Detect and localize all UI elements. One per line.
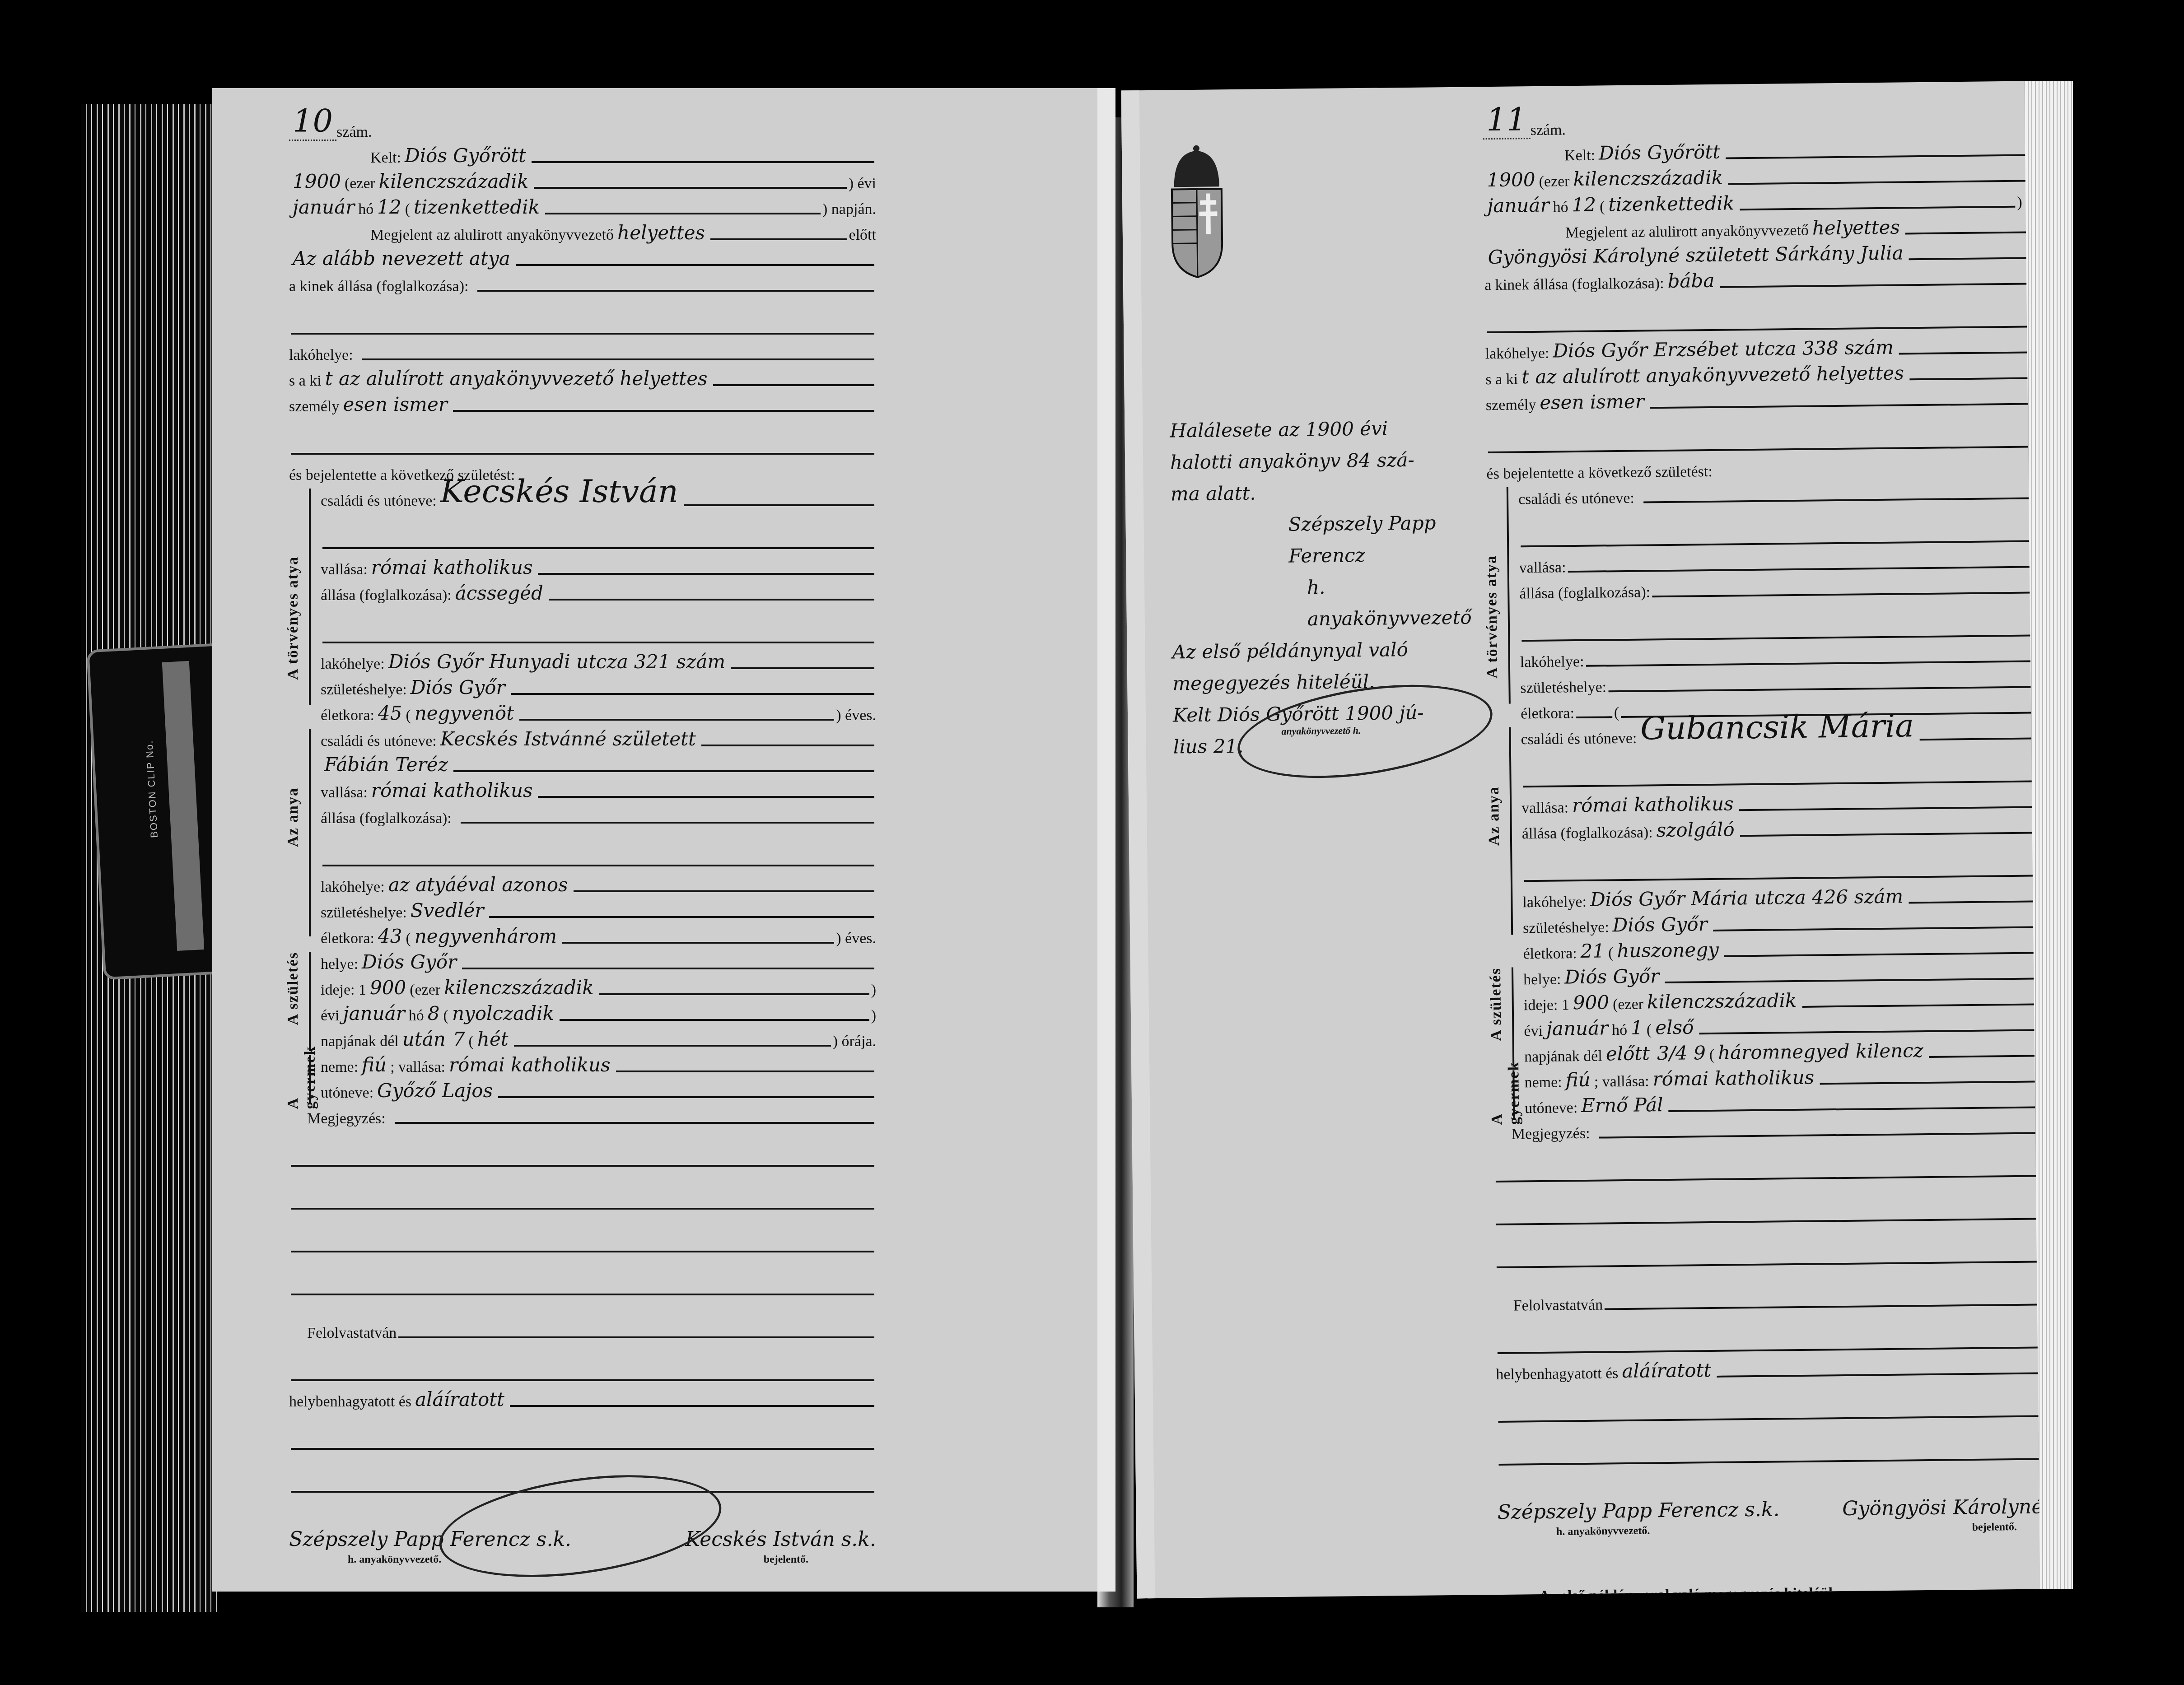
child-section: A gyermek neme:fiú; vallása:római kathol… [1493,1060,2040,1117]
informant-signature: Kecskés István s.k. [686,1528,877,1551]
mother-section: Az anya családi és utóneve:Gubancsik Már… [1489,717,2040,963]
appeared-row: Megjelent az alulirott anyakönyvvezetőhe… [289,218,876,244]
informant-row: Az alább nevezett atya [289,244,876,270]
birth-section: A születés helye:Diós Győr ideje: 1900(e… [289,947,876,1050]
father-section: A törvényes atya családi és utóneve: val… [1487,477,2040,723]
informant-signature: Gyöngyösi Károlyné s.k. [1842,1494,2040,1520]
left-page: 10 szám. Kelt:Diós Győrött 1900(ezerkile… [212,88,1115,1592]
record-number: 10 [289,102,336,141]
child-section: A gyermek neme:fiú; vallása:római kathol… [289,1050,876,1102]
birth-section: A születés helye:Diós Győr ideje: 1900(e… [1492,957,2040,1066]
certification-text: Az első példánynyal való megegyezés hite… [1498,1582,2040,1598]
record-number: 11 [1483,101,1531,140]
child-given-names: Győző Lajos [373,1080,496,1102]
known-by-row-2: személyesen ismer [289,390,876,415]
coat-of-arms-icon [1167,144,1227,279]
clasp-plate [162,661,204,951]
father-name: Kecskés István [437,473,682,510]
father-section: A törvényes atya családi és utóneve:Kecs… [289,484,876,724]
right-record-form: 11szám. Kelt:Diós Győrött 1900(ezerkilen… [1483,108,2040,1599]
left-record-form: 10 szám. Kelt:Diós Győrött 1900(ezerkile… [289,115,876,1592]
year-row: 1900(ezerkilenczszázadik) évi [289,167,876,192]
registrar-signature: Szépszely Papp Ferencz s.k. [1497,1498,1780,1524]
kelt-row: Kelt:Diós Győrött [289,141,876,167]
date-row: januárhó12(tizenkettedik) napján. [289,192,876,218]
signature-row: Szépszely Papp Ferencz s.k. Gyöngyösi Ká… [1497,1494,2040,1524]
known-by-row: s a kit az alulírott anyakönyvvezető hel… [289,364,876,390]
informant-occupation-row: a kinek állása (foglalkozása): [289,270,876,295]
clasp-engraving: BOSTON CLIP No. [144,740,160,838]
mother-name: Gubancsik Mária [1637,707,1918,747]
right-page: Halálesete az 1900 évi halotti anyakönyv… [1121,81,2040,1599]
record-number-row: 10 szám. [289,115,425,141]
child-given-names: Ernő Pál [1577,1094,1667,1117]
kelt-place: Diós Győrött [401,144,530,167]
informant-residence-row: lakóhelye: [289,338,876,364]
mother-section: Az anya családi és utóneve:Kecskés Istvá… [289,724,876,947]
